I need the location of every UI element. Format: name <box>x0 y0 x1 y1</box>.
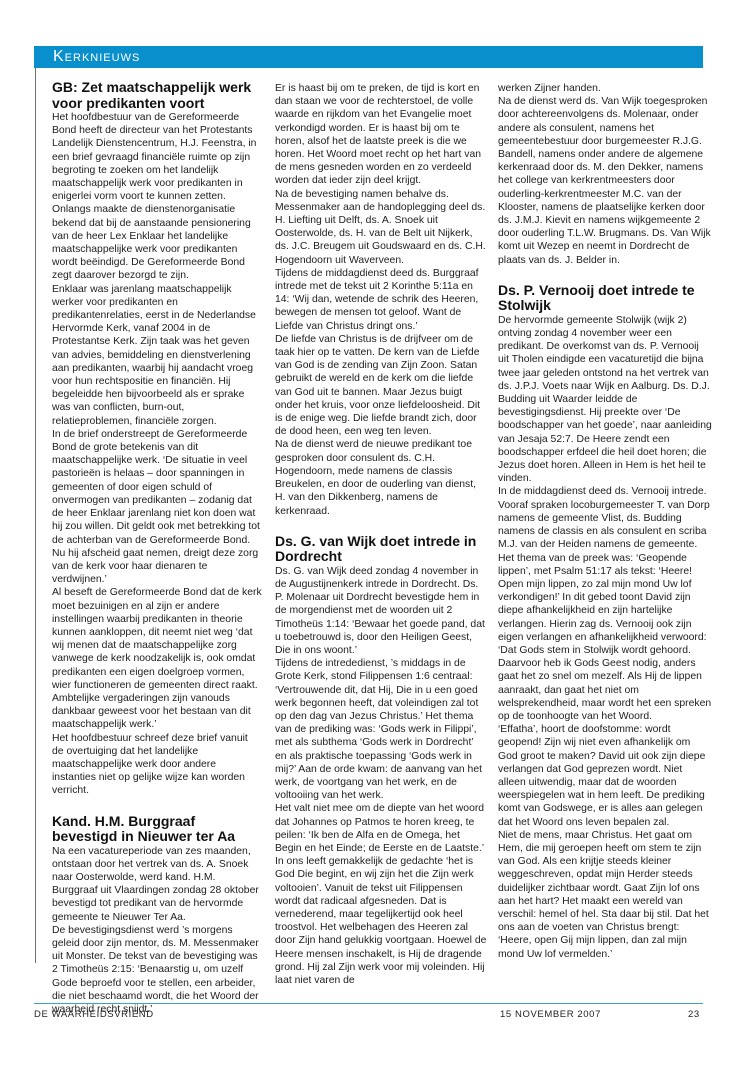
article-vernooij-intrede: Ds. P. Vernooij doet intrede te Stolwijk… <box>498 283 712 961</box>
column-2: Er is haast bij om te preken, de tijd is… <box>275 82 487 987</box>
article-headline: Ds. G. van Wijk doet intrede in Dordrech… <box>275 534 487 565</box>
article-burggraaf-bevestigd: Kand. H.M. Burggraaf bevestigd in Nieuwe… <box>52 814 262 1017</box>
column-1: GB: Zet maatschappelijk werk voor predik… <box>52 80 262 1016</box>
paragraph: Het hoofdbestuur schreef deze brief vanu… <box>52 732 262 798</box>
paragraph: Na een vacatureperiode van zes maanden, … <box>52 845 262 924</box>
section-header-bar: Kerknieuws <box>34 46 703 68</box>
article-van-wijk-intrede: Ds. G. van Wijk doet intrede in Dordrech… <box>275 534 487 988</box>
section-title: Kerknieuws <box>53 47 140 67</box>
paragraph: Al beseft de Gereformeerde Bond dat de k… <box>52 586 262 731</box>
paragraph: Tijdens de middagdienst deed ds. Burggra… <box>275 267 487 333</box>
paragraph: Onlangs maakte de dienstenorganisatie be… <box>52 203 262 282</box>
column-3: werken Zijner handen. Na de dienst werd … <box>498 82 712 961</box>
left-column-rule <box>35 68 36 963</box>
paragraph: Tijdens de intrededienst, ’s middags in … <box>275 657 487 802</box>
article-burggraaf-continued: Er is haast bij om te preken, de tijd is… <box>275 82 487 518</box>
paragraph: Het valt niet mee om de diepte van het w… <box>275 802 487 987</box>
article-gb-maatschappelijk-werk: GB: Zet maatschappelijk werk voor predik… <box>52 80 262 798</box>
paragraph: werken Zijner handen. <box>498 82 712 95</box>
paragraph: Na de dienst werd de nieuwe predikant to… <box>275 438 487 517</box>
paragraph: Enklaar was jarenlang maatschappelijk we… <box>52 283 262 428</box>
paragraph: Ds. G. van Wijk deed zondag 4 november i… <box>275 565 487 657</box>
paragraph: Niet de mens, maar Christus. Het gaat om… <box>498 829 712 961</box>
paragraph: Het hoofdbestuur van de Gereformeerde Bo… <box>52 111 262 203</box>
footer-publication: DE WAARHEIDSVRIEND <box>34 1009 154 1020</box>
paragraph: Het thema van de preek was: ‘Geopende li… <box>498 552 712 724</box>
article-headline: Kand. H.M. Burggraaf bevestigd in Nieuwe… <box>52 814 262 845</box>
paragraph: In de brief onderstreept de Gereformeerd… <box>52 428 262 586</box>
footer-date: 15 NOVEMBER 2007 <box>500 1009 601 1020</box>
article-headline: GB: Zet maatschappelijk werk voor predik… <box>52 80 262 111</box>
paragraph: Na de dienst werd ds. Van Wijk toegespro… <box>498 95 712 267</box>
footer-rule <box>34 1003 703 1004</box>
paragraph: Er is haast bij om te preken, de tijd is… <box>275 82 487 188</box>
article-van-wijk-continued: werken Zijner handen. Na de dienst werd … <box>498 82 712 267</box>
article-headline: Ds. P. Vernooij doet intrede te Stolwijk <box>498 283 712 314</box>
paragraph: ‘Effatha’, hoort de doofstomme: wordt ge… <box>498 723 712 829</box>
paragraph: Na de bevestiging namen behalve ds. Mess… <box>275 188 487 267</box>
footer-page-number: 23 <box>688 1009 700 1020</box>
paragraph: In de middagdienst deed ds. Vernooij int… <box>498 485 712 551</box>
paragraph: De liefde van Christus is de drijfveer o… <box>275 333 487 439</box>
paragraph: De hervormde gemeente Stolwijk (wijk 2) … <box>498 314 712 486</box>
